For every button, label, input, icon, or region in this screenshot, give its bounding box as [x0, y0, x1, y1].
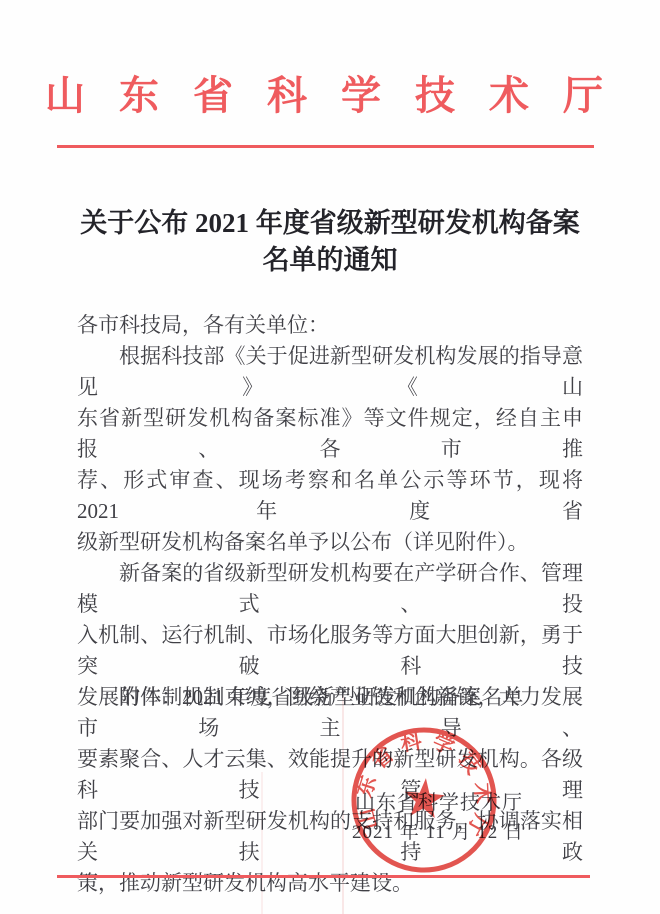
document-title-line2: 名单的通知 [0, 242, 660, 279]
salutation: 各市科技局，各有关单位： [77, 310, 583, 341]
attachment-reference: 附件：2021 年度省级新型研发机构备案名单 [77, 682, 583, 713]
body-line: 入机制、运行机制、市场化服务等方面大胆创新，勇于突破科技 [77, 620, 583, 682]
body-line: 荐、形式审查、现场考察和名单公示等环节，现将 2021 年度省 [77, 465, 583, 527]
letterhead-org-name: 山 东 省 科 学 技 术 厅 [0, 64, 660, 121]
star-icon [403, 776, 446, 818]
official-seal: 山东省科学技术厅 [343, 719, 506, 882]
document-title: 关于公布 2021 年度省级新型研发机构备案 名单的通知 [0, 205, 660, 279]
body-line: 策，推动新型研发机构高水平建设。 [77, 868, 583, 899]
letterhead-divider-rule [57, 145, 594, 148]
body-line: 级新型研发机构备案名单予以公布（详见附件）。 [77, 527, 583, 558]
footer-divider-rule [57, 875, 590, 878]
body-line: 根据科技部《关于促进新型研发机构发展的指导意见》《山 [77, 341, 583, 403]
document-page: 山 东 省 科 学 技 术 厅 关于公布 2021 年度省级新型研发机构备案 名… [0, 0, 660, 914]
body-line: 东省新型研发机构备案标准》等文件规定，经自主申报、各市推 [77, 403, 583, 465]
document-title-line1: 关于公布 2021 年度省级新型研发机构备案 [0, 205, 660, 242]
body-line: 新备案的省级新型研发机构要在产学研合作、管理模式、投 [77, 558, 583, 620]
